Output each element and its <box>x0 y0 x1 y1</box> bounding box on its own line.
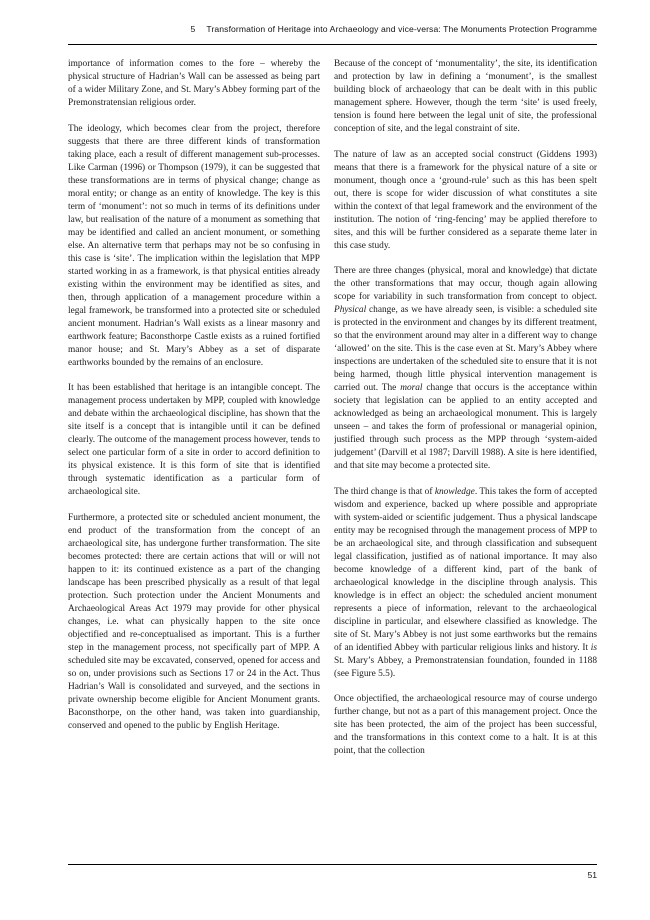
paragraph: It has been established that heritage is… <box>68 382 320 499</box>
text-run: change that occurs is the acceptance wit… <box>334 383 597 471</box>
text-run: Because of the concept of ‘monumentality… <box>334 59 597 134</box>
text-columns: importance of information comes to the f… <box>68 58 597 856</box>
text-run: The ideology, which becomes clear from t… <box>68 124 320 368</box>
paragraph: Once objectified, the archaeological res… <box>334 693 597 758</box>
book-page: 5Transformation of Heritage into Archaeo… <box>0 0 650 920</box>
text-run: change, as we have already seen, is visi… <box>334 305 597 393</box>
paragraph: Because of the concept of ‘monumentality… <box>334 58 597 136</box>
paragraph: There are three changes (physical, moral… <box>334 265 597 473</box>
italic-text-run: Physical <box>334 305 366 315</box>
text-run: There are three changes (physical, moral… <box>334 266 597 302</box>
paragraph: Furthermore, a protected site or schedul… <box>68 512 320 733</box>
chapter-number: 5 <box>191 24 196 34</box>
page-number: 51 <box>587 870 597 880</box>
text-run: importance of information comes to the f… <box>68 59 320 108</box>
running-header: 5Transformation of Heritage into Archaeo… <box>68 24 597 34</box>
paragraph: The third change is that of knowledge. T… <box>334 486 597 681</box>
text-run: Once objectified, the archaeological res… <box>334 694 597 756</box>
italic-text-run: is <box>591 643 597 653</box>
header-rule <box>68 44 597 45</box>
text-run: St. Mary’s Abbey, a Premonstratensian fo… <box>334 656 597 679</box>
text-run: . This takes the form of accepted wisdom… <box>334 487 597 653</box>
chapter-title: Transformation of Heritage into Archaeol… <box>206 24 597 34</box>
text-run: Furthermore, a protected site or schedul… <box>68 513 320 731</box>
paragraph: The nature of law as an accepted social … <box>334 149 597 253</box>
footer-rule <box>68 864 597 865</box>
right-column: Because of the concept of ‘monumentality… <box>334 58 597 856</box>
italic-text-run: moral <box>400 383 422 393</box>
left-column: importance of information comes to the f… <box>68 58 320 856</box>
text-run: The third change is that of <box>334 487 435 497</box>
paragraph: importance of information comes to the f… <box>68 58 320 110</box>
paragraph: The ideology, which becomes clear from t… <box>68 123 320 370</box>
italic-text-run: knowledge <box>435 487 475 497</box>
text-run: It has been established that heritage is… <box>68 383 320 497</box>
text-run: The nature of law as an accepted social … <box>334 150 597 251</box>
